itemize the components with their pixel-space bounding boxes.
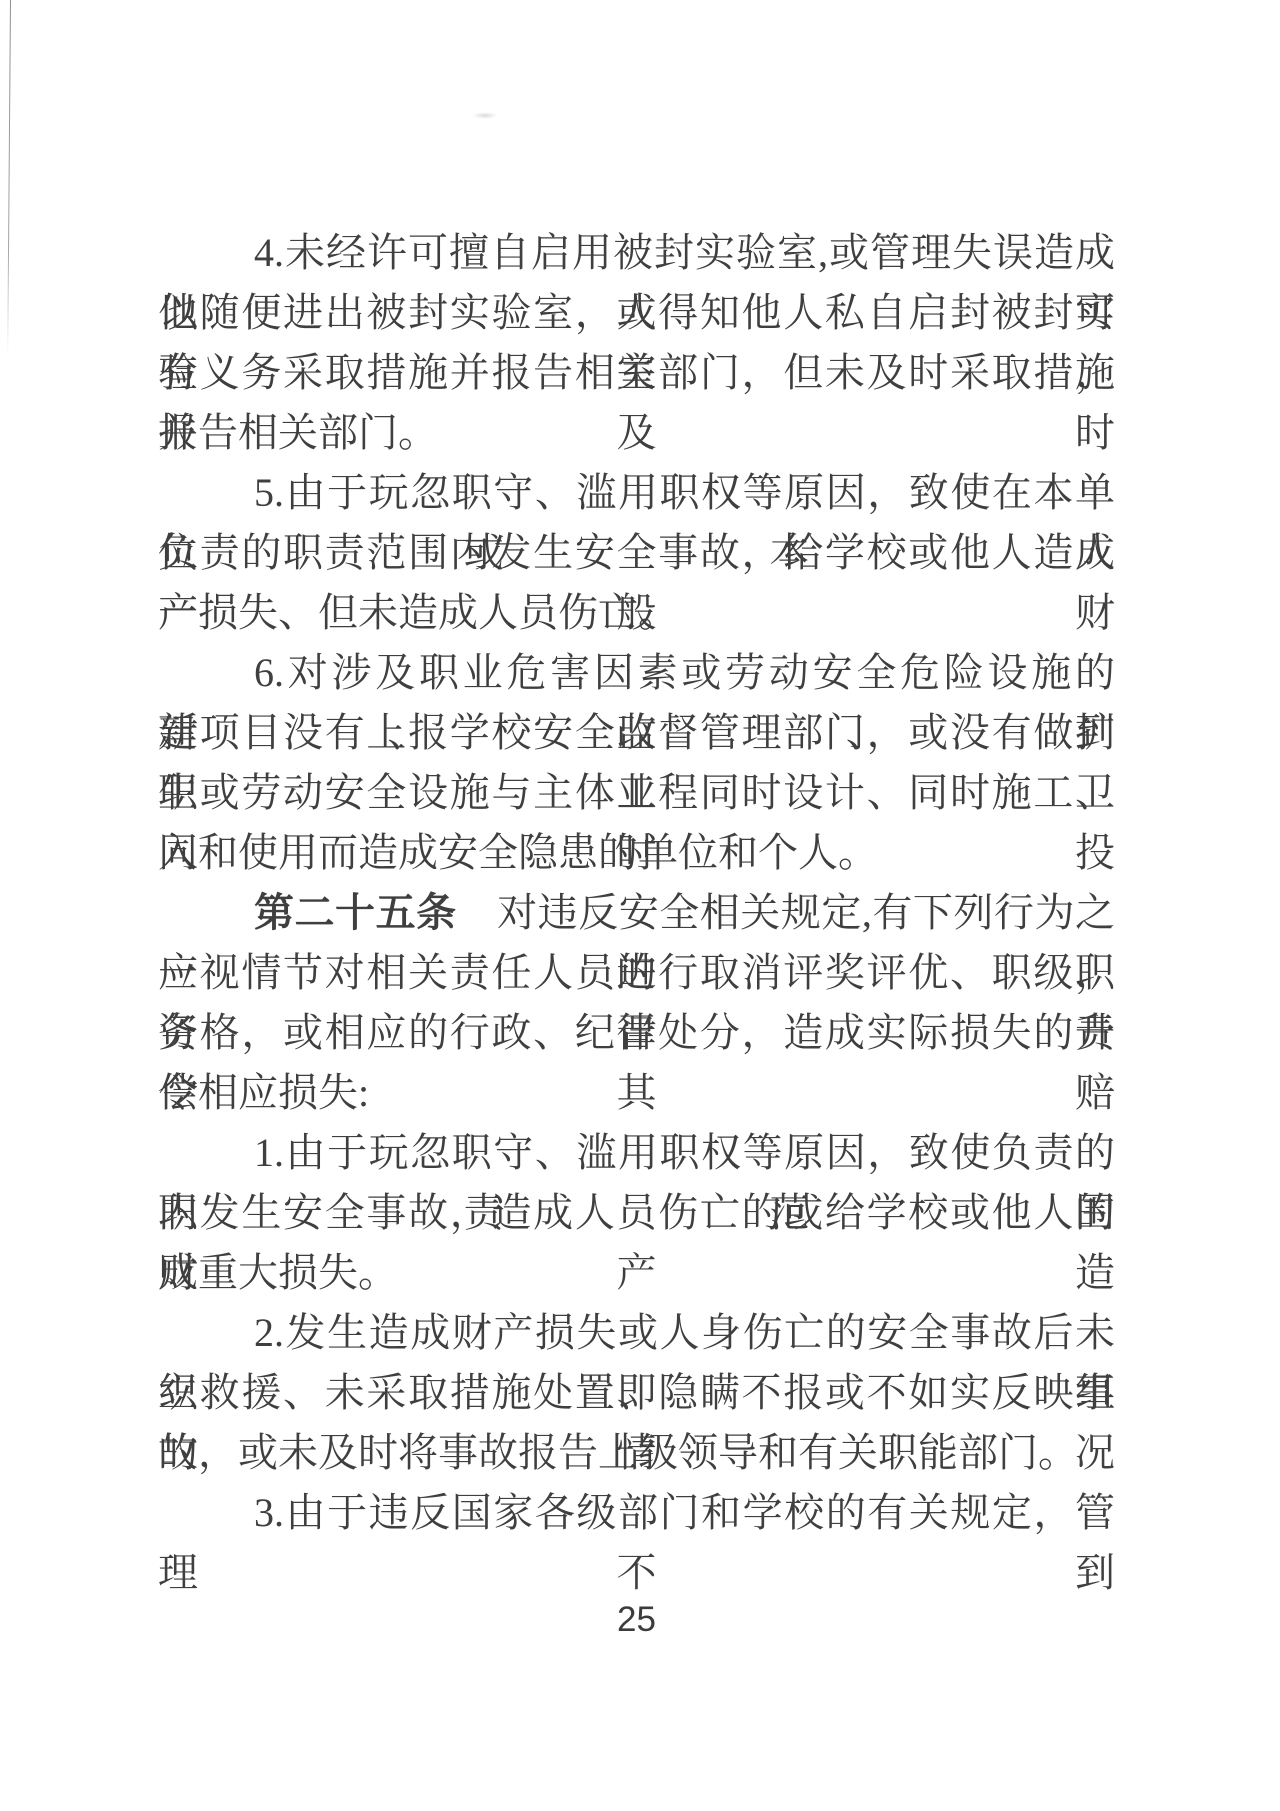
text-line: 应视情节对相关责任人员进行取消评奖评优、职级职务晋升 — [158, 943, 1115, 1003]
text-line: 6.对涉及职业危害因素或劳动安全危险设施的新、改、扩 — [158, 643, 1115, 703]
text-block: 4.未经许可擅自启用被封实验室,或管理失误造成他人可以随便进出被封实验室，或得知… — [158, 223, 1115, 1543]
text-line: 以随便进出被封实验室，或得知他人私自启封被封实验室， — [158, 283, 1115, 343]
text-line: 织救援、未采取措施处置、隐瞒不报或不如实反映事故情况 — [158, 1363, 1115, 1423]
text-line: 资格，或相应的行政、纪律处分，造成实际损失的责令其赔 — [158, 1003, 1115, 1063]
text-line: 3.由于违反国家各级部门和学校的有关规定，管理不到 — [158, 1483, 1115, 1543]
text-line: 生或劳动安全设施与主体工程同时设计、同时施工、同时投 — [158, 763, 1115, 823]
page-number: 25 — [158, 1600, 1115, 1640]
article-number: 第二十五条 — [254, 890, 457, 935]
text-line: 有义务采取措施并报告相关部门，但未及时采取措施并及时 — [158, 343, 1115, 403]
text-line: 1.由于玩忽职守、滥用职权等原因，致使负责的职责范围 — [158, 1123, 1115, 1183]
text-line: 5.由于玩忽职守、滥用职权等原因，致使在本单位或本人 — [158, 463, 1115, 523]
document-page: 4.未经许可擅自启用被封实验室,或管理失误造成他人可以随便进出被封实验室，或得知… — [0, 0, 1280, 1811]
scan-smudge — [472, 112, 498, 119]
text-line: 建项目没有上报学校安全监督管理部门，或没有做到职业卫 — [158, 703, 1115, 763]
text-line: 2.发生造成财产损失或人身伤亡的安全事故后未立即组 — [158, 1303, 1115, 1363]
text-line: 4.未经许可擅自启用被封实验室,或管理失误造成他人可 — [158, 223, 1115, 283]
text-line: 的，或未及时将事故报告上级领导和有关职能部门。 — [158, 1423, 1115, 1483]
text-line: 负责的职责范围内发生安全事故，给学校或他人造成一般财 — [158, 523, 1115, 583]
scan-edge-artifact — [7, 0, 11, 355]
text-line: 内发生安全事故，造成人员伤亡的或给学校或他人的财产造 — [158, 1183, 1115, 1243]
text-line: 第二十五条 对违反安全相关规定,有下列行为之一的， — [158, 883, 1115, 943]
